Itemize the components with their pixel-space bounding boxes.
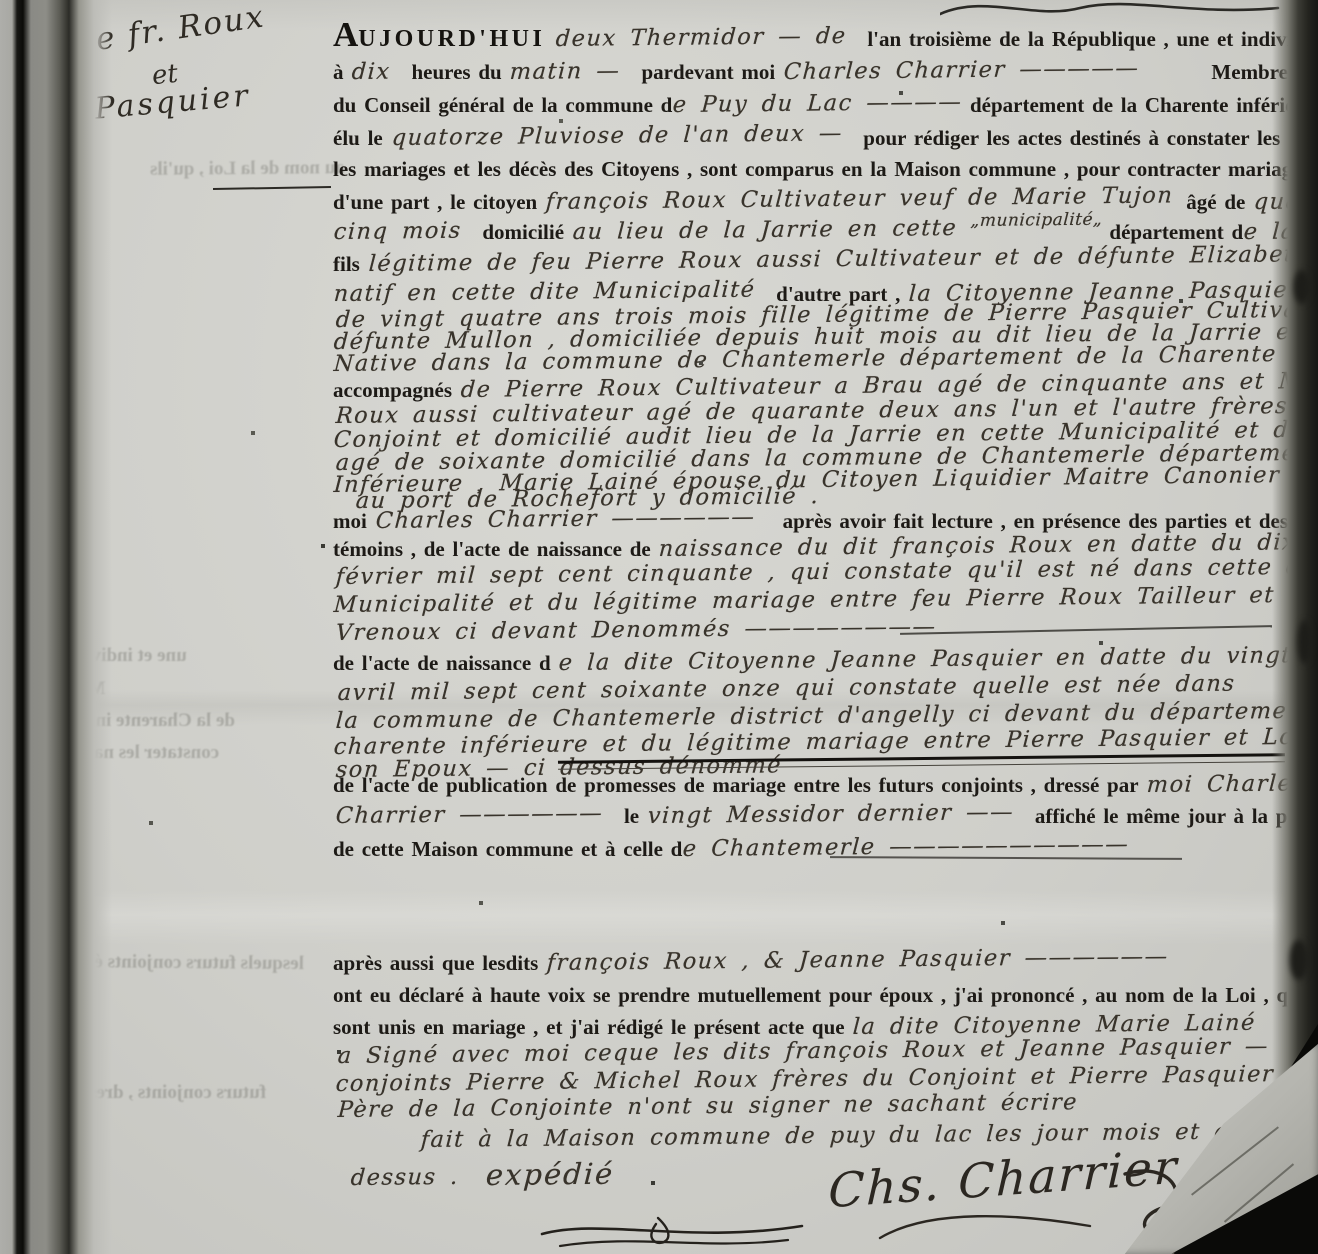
handwritten-text-segment: dix [351,58,405,85]
handwritten-text-segment: au lieu de la Jarrie en cette [572,215,972,245]
printed-text-segment: Membre [1211,60,1288,85]
printed-text-segment: l'an troisième de la République , une et… [867,27,1318,52]
text-line: élu le quatorze Pluviose de l'an deux — … [333,125,1288,151]
handwritten-text-segment: Charles Charrier ————— [783,55,1154,85]
text-line: à dix heures du matin — pardevant moi Ch… [333,59,1288,85]
handwritten-text-segment: moi Charles [1146,770,1306,798]
margin-bride-name: Jne Pasquier [23,78,252,133]
printed-text-segment: à [333,60,351,85]
printed-text-segment: accompagnés [333,378,460,403]
paper-speckles [0,0,2,2]
printed-text-segment: témoins , de l'acte de naissance de [333,537,658,562]
printed-text-segment: heures du [404,60,510,85]
handwritten-text-segment: légitime de feu Pierre Roux aussi Cultiv… [368,240,1318,277]
printed-text-segment: du Conseil général de la commune d [333,93,672,118]
text-line: d'une part , le citoyen françois Roux Cu… [333,189,1288,215]
handwritten-text-segment: Vrenoux ci devant Denommés ———————— [335,614,937,646]
text-line: fils légitime de feu Pierre Roux aussi C… [333,251,1288,277]
printed-text-segment: UJOURD'HUI [358,26,555,53]
text-line: AUJOURD'HUI deux Thermidor — de l'an tro… [333,26,1288,53]
handwritten-text-segment: Charrier —————— [335,800,618,829]
printed-text-segment: département de la Charente inférieure , [970,93,1318,118]
printed-text-segment: pour rédiger les actes destinés à consta… [863,126,1318,151]
printed-text-segment: domicilié [475,220,572,245]
ghost-text-fragment: Membre [36,678,105,700]
printed-text-segment: ont eu déclaré à haute voix se prendre m… [333,983,1318,1008]
printed-text-segment: le [616,804,647,829]
handwritten-text-segment: françois Roux , & Jeanne Pasquier —————— [546,943,1169,976]
edge-stain [1290,940,1308,980]
margin-groom-name: Mge fr. Roux [39,0,268,66]
printed-text-segment: affiché le même jour à la porte [1035,804,1318,829]
printed-text-segment: d'une part , le citoyen [333,190,545,215]
ghost-text-fragment: lesquels futurs conjoints étoient [48,951,304,975]
ghost-text-fragment: constater les naissances , [20,742,219,764]
printed-text-segment: après aussi que lesdits [333,951,546,976]
scanned-marriage-act-page: Mge fr. Roux et Jne Pasquier AUJOURD'HUI… [0,0,1318,1254]
text-line: du Conseil général de la commune de Puy … [333,92,1288,118]
printed-text-segment: A [333,30,358,40]
ghost-text-fragment: au nom de la Loi , qu'ils [150,157,345,181]
text-line: Charrier —————— le vingt Messidor dernie… [335,803,1290,829]
ghost-text-fragment: une et indivisible , [40,645,187,667]
handwritten-text-segment: Charles Charrier —————— [375,504,770,534]
text-line: après aussi que lesdits françois Roux , … [333,950,1288,976]
margin-underline [213,186,331,190]
handwritten-text-segment: „municipalité„ [970,210,1103,231]
book-binding-left [0,0,112,1254]
printed-text-segment: pardevant moi [634,60,783,85]
text-line: de l'acte de publication de promesses de… [333,772,1288,798]
bottom-flourish [540,1212,810,1254]
text-line: ont eu déclaré à haute voix se prendre m… [333,983,1288,1008]
handwritten-text-segment: quarante cinq [1253,187,1318,215]
handwritten-text-segment: dessus . [350,1164,487,1191]
handwritten-text-segment: vingt Messidor dernier —— [647,799,1029,829]
printed-text-segment: de l'acte de naissance d [333,651,558,676]
printed-text-segment: élu le [333,126,391,151]
handwritten-text-segment: cinq mois [333,217,476,245]
top-edge-cutoff-flourish [940,0,1280,20]
printed-text-segment: fils [333,252,368,277]
handwritten-text-segment: deux Thermidor — de [555,23,861,52]
handwritten-text-segment: expédié [485,1157,615,1192]
handwritten-text-segment: e Puy du Lac ———— [672,89,963,118]
printed-text-segment: âgé de [1186,190,1253,215]
printed-text-segment: de l'acte de publication de promesses de… [333,773,1146,798]
text-line: Vrenoux ci devant Denommés ———————— [335,620,1290,646]
ghost-text-fragment: de la Charente inférieure , [22,710,235,732]
handwritten-text-segment: matin — [509,58,635,85]
ghost-text-fragment: futurs conjoints , dressé par [40,1082,266,1104]
text-line: les mariages et les décès des Citoyens ,… [333,157,1288,182]
printed-text-segment: de cette Maison commune et à celle d [333,837,682,862]
text-line: fait à la Maison commune de puy du lac l… [420,1127,1318,1153]
handwritten-text-segment: quatorze Pluviose de l'an deux — [391,120,857,151]
printed-text-segment: sont unis en mariage , et j'ai rédigé le… [333,1015,852,1040]
printed-text-segment: les mariages et les décès des Citoyens ,… [333,157,1315,182]
printed-text-segment: moi [333,509,375,534]
text-line: cinq mois domicilié au lieu de la Jarrie… [333,219,1288,245]
